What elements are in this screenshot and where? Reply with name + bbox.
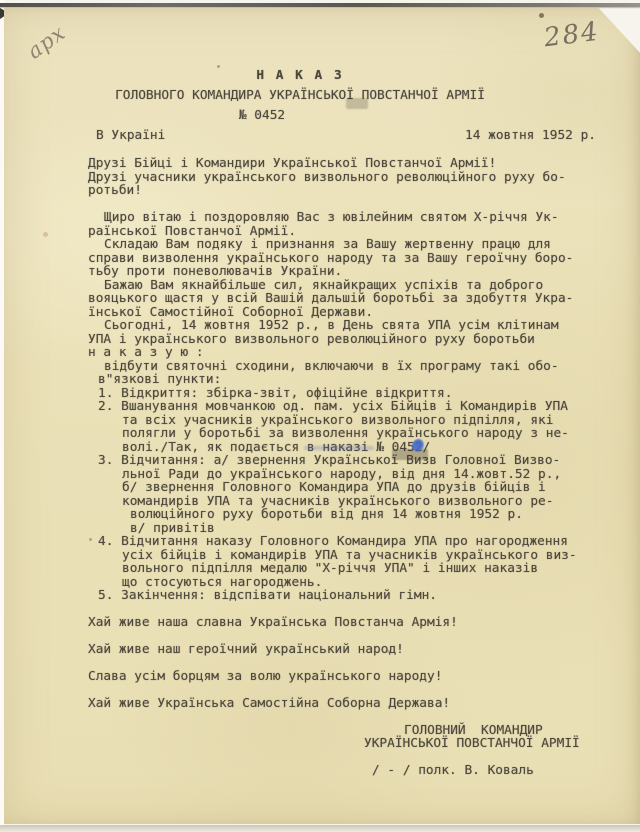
handwritten-archive-mark: арх — [23, 20, 70, 63]
typed-line: 4. Відчитання наказу Головного Командира… — [98, 535, 612, 549]
typewriter-overstrike-mark — [392, 449, 428, 460]
order-number: № 0452 — [50, 106, 474, 126]
document-issuer-line: ГОЛОВНОГО КОМАНДИРА УКРАЇНСЬКОЇ ПОВСТАНЧ… — [88, 86, 512, 106]
paper-specks — [217, 65, 220, 68]
typewritten-content: Н А К А З ГОЛОВНОГО КОМАНДИРА УКРАЇНСЬКО… — [88, 66, 612, 778]
typed-line: Слава усім борцям за волю українського н… — [88, 670, 612, 684]
typed-line: 2. Вшанування мовчанкою од. пам. усіх Бі… — [98, 400, 612, 414]
typed-line: та всіх учасників українського визвольно… — [122, 414, 612, 428]
typed-line: 1. Відкриття: збірка-звіт, офіційне відк… — [98, 387, 612, 401]
typed-line: вояцького щастя у всій Вашій дальшій бор… — [88, 292, 612, 306]
typed-line: раїнської Повстанчої Армії. — [88, 225, 612, 239]
date-label: 14 жовтня 1952 р. — [465, 126, 596, 146]
scanned-document-page: арх 284 Н А К А З ГОЛОВНОГО КОМАНДИРА УК… — [0, 0, 640, 832]
typed-line: їнської Самостійної Соборної Держави. — [88, 306, 612, 320]
place-label: В Україні — [88, 126, 165, 146]
typed-line: Друзі Бійці і Командири Української Повс… — [88, 157, 612, 171]
typed-line: полягли у боротьбі за визволення українс… — [122, 427, 612, 441]
typed-line: б/ звернення Головного Командира УПА до … — [122, 481, 612, 495]
typed-line: Друзі учасники українського визвольного … — [88, 171, 612, 185]
typed-line: Хай живе наш героїчний український народ… — [88, 643, 612, 657]
typed-line: УКРАЇНСЬКОЇ ПОВСТАНЧОЇ АРМІЇ — [364, 737, 612, 751]
handwritten-page-number: 284 — [542, 17, 601, 54]
typed-line: справи визволення українського народу та… — [88, 252, 612, 266]
typed-line: командирів УПА та учасників українського… — [122, 495, 612, 509]
typed-line: відбути святочні сходини, включаючи в їх… — [104, 360, 612, 374]
typed-line: волюційного руху боротьби від дня 14 жов… — [130, 508, 612, 522]
typed-line: Бажаю Вам якнайбільше сил, якнайкращих у… — [104, 279, 612, 293]
typed-line: вольного підпілля медалю "X-річчя УПА" і… — [122, 562, 612, 576]
order-body-text: Друзі Бійці і Командири Української Повс… — [88, 157, 612, 711]
paper-sheet: арх 284 Н А К А З ГОЛОВНОГО КОМАНДИРА УК… — [4, 8, 640, 824]
blue-ink-smear — [304, 446, 374, 450]
typed-line: Сьогодні, 14 жовтня 1952 р., в День свят… — [104, 319, 612, 333]
typed-line: тьбу проти поневолювачів України. — [88, 265, 612, 279]
scan-edge-top-line — [0, 3, 640, 7]
typed-line: Хай живе Українська Самостійна Соборна Д… — [88, 697, 612, 711]
typed-line: 5. Закінчення: відспівати національний г… — [98, 589, 612, 603]
typewriter-overstrike-mark-header — [346, 98, 368, 109]
typed-line: Щиро вітаю і поздоровляю Вас з ювілейним… — [104, 211, 612, 225]
typed-line: 3. Відчитання: а/ звернення Української … — [98, 454, 612, 468]
typed-line: УПА і українського визвольного революцій… — [88, 333, 612, 347]
place-date-row: В Україні 14 жовтня 1952 р. — [88, 126, 596, 146]
typed-line: льної Ради до українського народу, від д… — [122, 468, 612, 482]
typed-line: ГОЛОВНИЙ КОМАНДИР — [404, 724, 612, 738]
typed-line: / - / полк. В. Коваль — [372, 764, 612, 778]
typed-line: ротьби! — [88, 184, 612, 198]
scan-edge-bottom — [0, 825, 640, 832]
typed-line: в/ привітів — [130, 522, 612, 536]
typed-line: Складаю Вам подяку і признання за Вашу ж… — [104, 238, 612, 252]
typed-line: в"язкові пункти: — [98, 373, 612, 387]
typed-line: н а к а з у ю : — [88, 346, 612, 360]
signature-block: ГОЛОВНИЙ КОМАНДИРУКРАЇНСЬКОЇ ПОВСТАНЧОЇ … — [364, 724, 612, 778]
typed-line: що стосуються нагороджень. — [122, 576, 612, 590]
document-title: Н А К А З — [88, 66, 512, 86]
typed-line: усіх бійців і командирів УПА та учасникі… — [122, 549, 612, 563]
typed-line: Хай живе наша славна Українська Повстанч… — [88, 616, 612, 630]
